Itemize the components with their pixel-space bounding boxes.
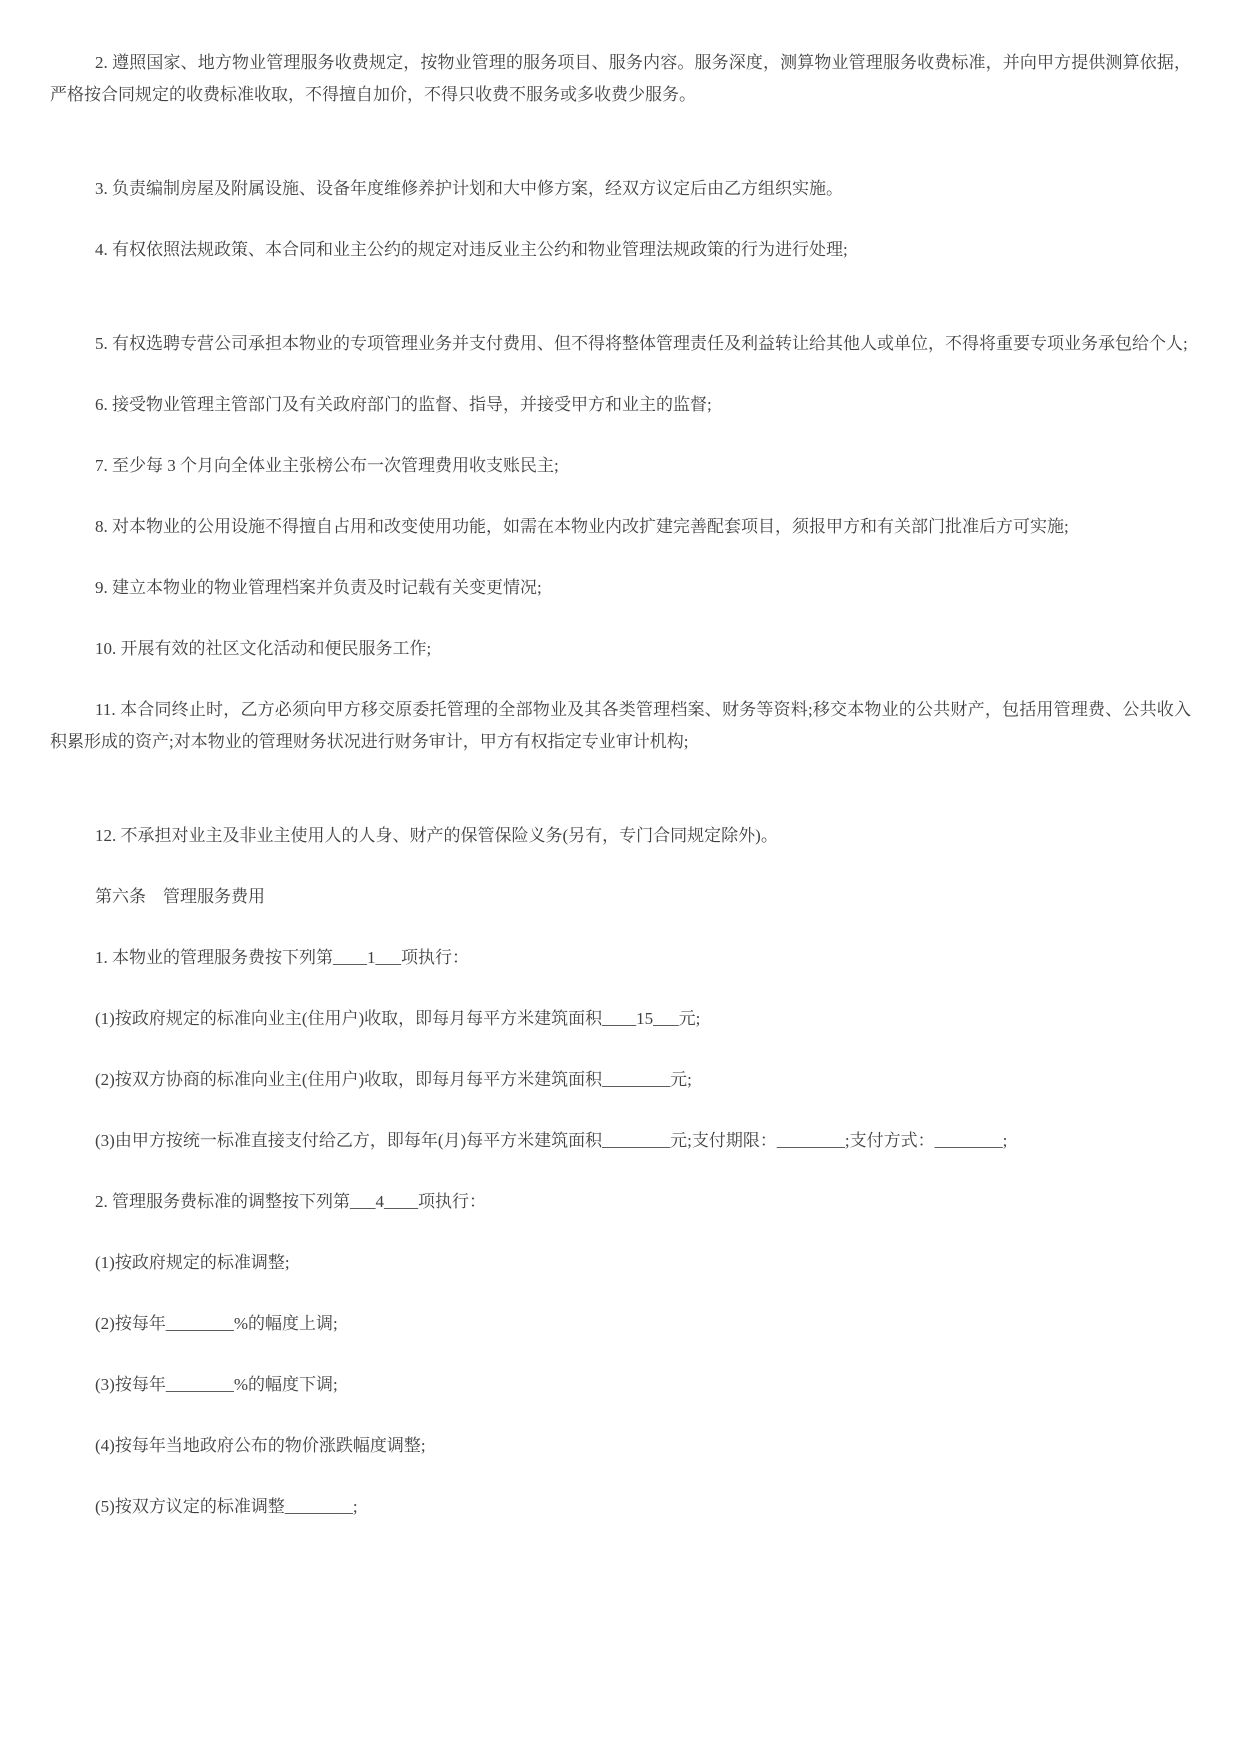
paragraph-clause-2: 2. 遵照国家、地方物业管理服务收费规定，按物业管理的服务项目、服务内容。服务深…	[50, 47, 1191, 111]
paragraph-clause-4: 4. 有权依照法规政策、本合同和业主公约的规定对违反业主公约和物业管理法规政策的…	[50, 234, 1191, 266]
paragraph-clause-5: 5. 有权选聘专营公司承担本物业的专项管理业务并支付费用、但不得将整体管理责任及…	[50, 328, 1191, 360]
paragraph-adjust-option-1: (1)按政府规定的标准调整;	[50, 1247, 1191, 1279]
paragraph-clause-7: 7. 至少每 3 个月向全体业主张榜公布一次管理费用收支账民主;	[50, 450, 1191, 482]
contract-page: 2. 遵照国家、地方物业管理服务收费规定，按物业管理的服务项目、服务内容。服务深…	[0, 0, 1241, 1523]
paragraph-clause-8: 8. 对本物业的公用设施不得擅自占用和改变使用功能，如需在本物业内改扩建完善配套…	[50, 511, 1191, 543]
paragraph-adjust-option-3: (3)按每年________%的幅度下调;	[50, 1369, 1191, 1401]
paragraph-clause-12: 12. 不承担对业主及非业主使用人的人身、财产的保管保险义务(另有，专门合同规定…	[50, 820, 1191, 852]
paragraph-adjust-option-4: (4)按每年当地政府公布的物价涨跌幅度调整;	[50, 1430, 1191, 1462]
paragraph-clause-9: 9. 建立本物业的物业管理档案并负责及时记载有关变更情况;	[50, 572, 1191, 604]
paragraph-fee-item-1: 1. 本物业的管理服务费按下列第____1___项执行：	[50, 942, 1191, 974]
paragraph-adjust-item-2: 2. 管理服务费标准的调整按下列第___4____项执行：	[50, 1186, 1191, 1218]
paragraph-fee-option-1: (1)按政府规定的标准向业主(住用户)收取，即每月每平方米建筑面积____15_…	[50, 1003, 1191, 1035]
paragraph-fee-option-3: (3)由甲方按统一标准直接支付给乙方，即每年(月)每平方米建筑面积_______…	[50, 1125, 1191, 1157]
paragraph-clause-6: 6. 接受物业管理主管部门及有关政府部门的监督、指导，并接受甲方和业主的监督;	[50, 389, 1191, 421]
paragraph-fee-option-2: (2)按双方协商的标准向业主(住用户)收取，即每月每平方米建筑面积_______…	[50, 1064, 1191, 1096]
paragraph-clause-11: 11. 本合同终止时，乙方必须向甲方移交原委托管理的全部物业及其各类管理档案、财…	[50, 694, 1191, 758]
paragraph-clause-10: 10. 开展有效的社区文化活动和便民服务工作;	[50, 633, 1191, 665]
paragraph-adjust-option-5: (5)按双方议定的标准调整________;	[50, 1491, 1191, 1523]
paragraph-clause-3: 3. 负责编制房屋及附属设施、设备年度维修养护计划和大中修方案，经双方议定后由乙…	[50, 173, 1191, 205]
paragraph-adjust-option-2: (2)按每年________%的幅度上调;	[50, 1308, 1191, 1340]
section-heading-article-6: 第六条 管理服务费用	[50, 881, 1191, 913]
